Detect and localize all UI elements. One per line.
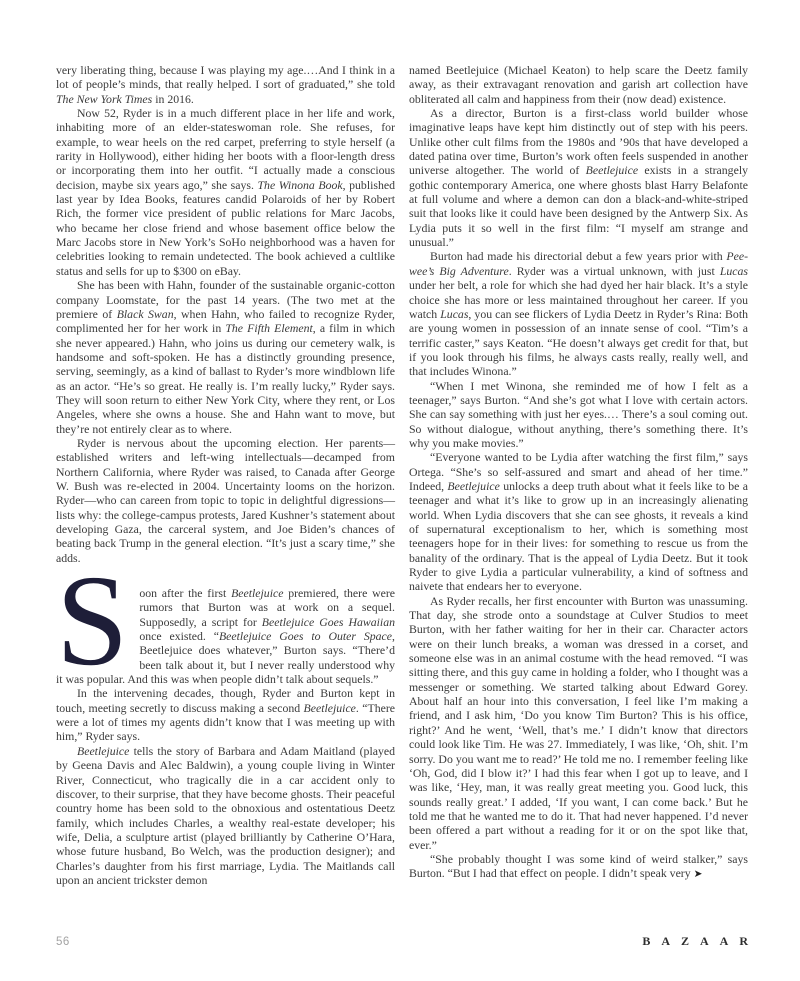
page-footer: 56 BAZAAR (56, 934, 748, 949)
paragraph: She has been with Hahn, founder of the s… (56, 278, 395, 436)
magazine-article-page: very liberating thing, because I was pla… (0, 0, 800, 981)
paragraph: Burton had made his directorial debut a … (409, 249, 748, 378)
paragraph: “She probably thought I was some kind of… (409, 852, 748, 882)
drop-cap-letter: S (56, 578, 139, 664)
paragraph: As Ryder recalls, her first encounter wi… (409, 594, 748, 852)
paragraph: Beetlejuice tells the story of Barbara a… (56, 744, 395, 887)
paragraph: Ryder is nervous about the upcoming elec… (56, 436, 395, 565)
paragraph: Now 52, Ryder is in a much different pla… (56, 106, 395, 278)
paragraph: “Everyone wanted to be Lydia after watch… (409, 450, 748, 593)
continuation-arrow-icon: ➤ (694, 868, 703, 880)
paragraph: named Beetlejuice (Michael Keaton) to he… (409, 63, 748, 106)
page-number: 56 (56, 936, 70, 948)
right-column: named Beetlejuice (Michael Keaton) to he… (409, 63, 748, 887)
paragraph: As a director, Burton is a first-class w… (409, 106, 748, 249)
paragraph: very liberating thing, because I was pla… (56, 63, 395, 106)
brand-logo: BAZAAR (642, 934, 759, 949)
article-body: very liberating thing, because I was pla… (56, 63, 748, 887)
left-column: very liberating thing, because I was pla… (56, 63, 395, 887)
paragraph: “When I met Winona, she reminded me of h… (409, 379, 748, 451)
paragraph: In the intervening decades, though, Ryde… (56, 686, 395, 743)
paragraph: Soon after the first Beetlejuice premier… (56, 586, 395, 686)
